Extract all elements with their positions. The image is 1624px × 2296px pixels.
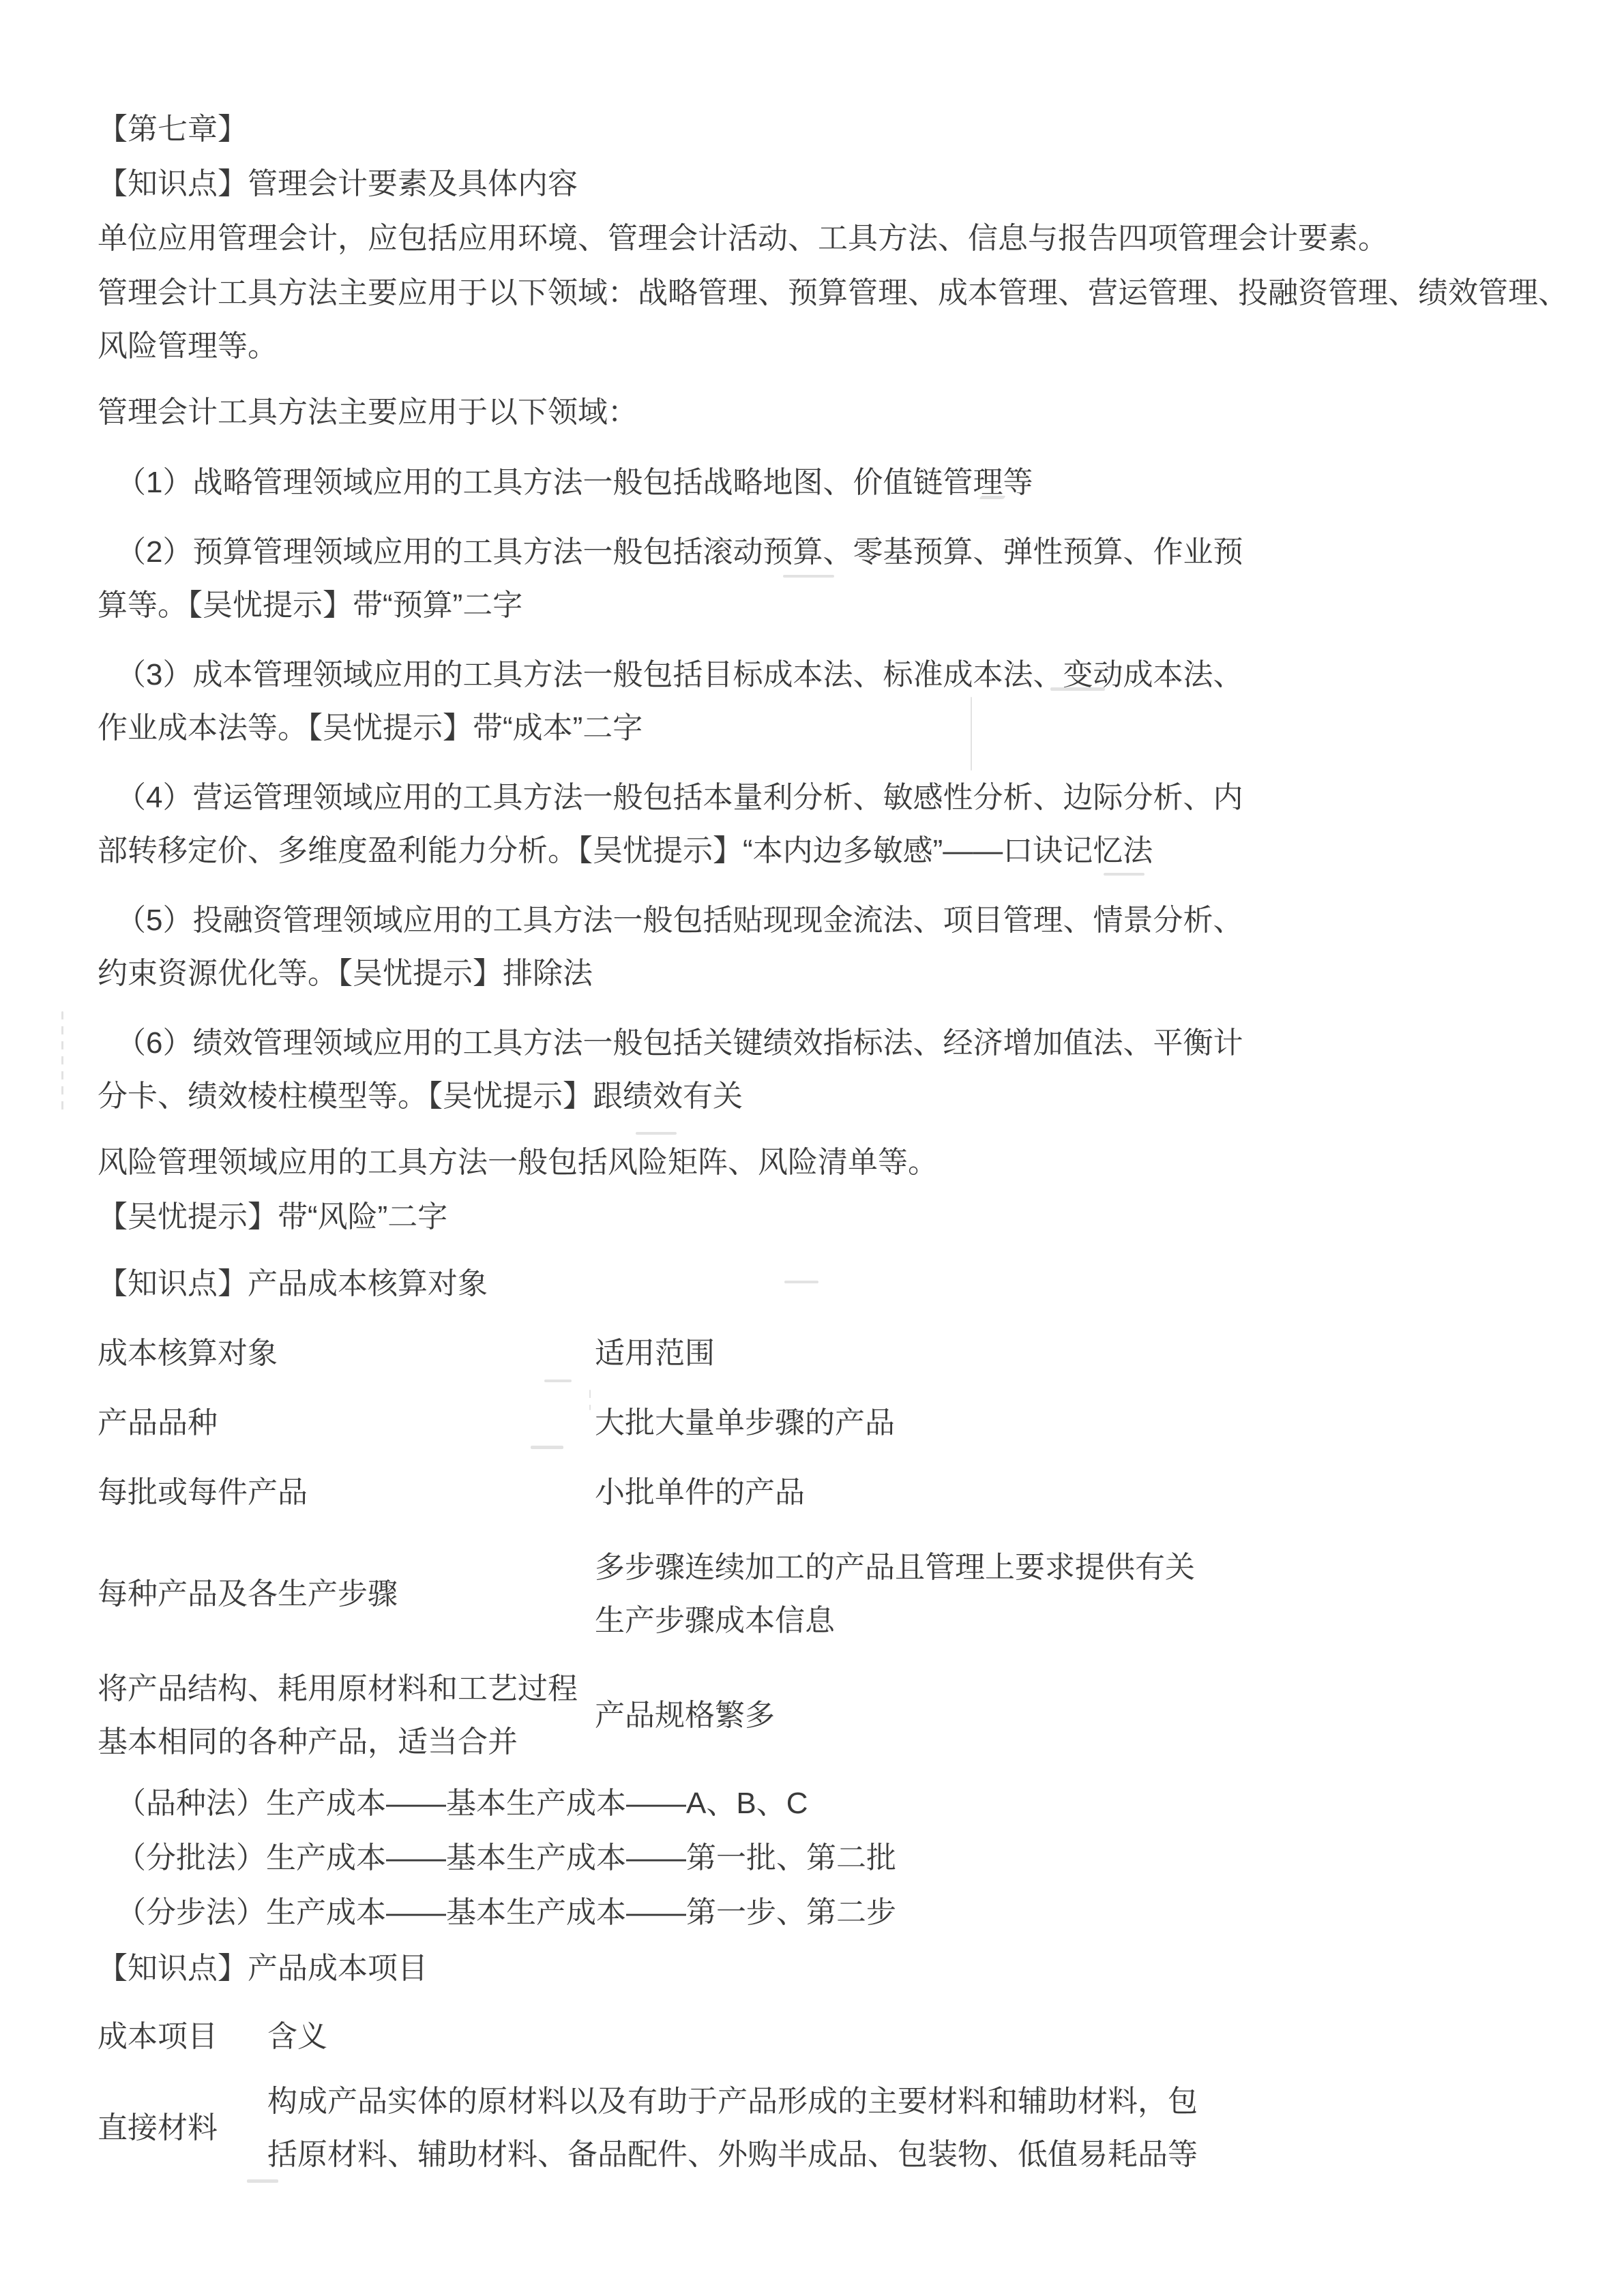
- cell-line: 将产品结构、耗用原材料和工艺过程: [98, 1663, 595, 1716]
- table-cell-right: 产品规格繁多: [595, 1689, 1561, 1742]
- cell-line: 每种产品及各生产步骤: [98, 1568, 595, 1621]
- item-line: 约束资源优化等。【吴忧提示】排除法: [98, 947, 1561, 1000]
- numbered-item-5: （5）投融资管理领域应用的工具方法一般包括贴现现金流法、项目管理、情景分析、 约…: [98, 894, 1561, 1000]
- cost-object-table: 成本核算对象 适用范围 产品品种 大批大量单步骤的产品 每批或每件产品 小批单件…: [98, 1327, 1561, 1769]
- cell-line: 直接材料: [98, 2102, 267, 2155]
- item-line: （5）投融资管理领域应用的工具方法一般包括贴现现金流法、项目管理、情景分析、: [98, 894, 1561, 947]
- paragraph-elements: 单位应用管理会计，应包括应用环境、管理会计活动、工具方法、信息与报告四项管理会计…: [98, 212, 1561, 265]
- table-cell-left: 产品品种: [98, 1397, 595, 1450]
- numbered-item-4: （4）营运管理领域应用的工具方法一般包括本量利分析、敏感性分析、边际分析、内 部…: [98, 771, 1561, 878]
- table-row: 每批或每件产品 小批单件的产品: [98, 1466, 1561, 1519]
- table-header-row: 成本核算对象 适用范围: [98, 1327, 1561, 1380]
- document-body: 【第七章】 【知识点】管理会计要素及具体内容 单位应用管理会计，应包括应用环境、…: [98, 103, 1561, 2181]
- table-row: 将产品结构、耗用原材料和工艺过程 基本相同的各种产品，适当合并 产品规格繁多: [98, 1663, 1561, 1769]
- cell-line: 多步骤连续加工的产品且管理上要求提供有关: [595, 1541, 1561, 1594]
- knowledge-point-heading-elements: 【知识点】管理会计要素及具体内容: [98, 158, 1561, 211]
- chapter-heading: 【第七章】: [98, 103, 1561, 156]
- numbered-item-3: （3）成本管理领域应用的工具方法一般包括目标成本法、标准成本法、变动成本法、 作…: [98, 648, 1561, 755]
- cell-line: 括原材料、辅助材料、备品配件、外购半成品、包装物、低值易耗品等: [267, 2128, 1561, 2181]
- numbered-item-6: （6）绩效管理领域应用的工具方法一般包括关键绩效指标法、经济增加值法、平衡计 分…: [98, 1017, 1561, 1123]
- table-cell-left: 每批或每件产品: [98, 1466, 595, 1519]
- knowledge-point-heading-cost-item: 【知识点】产品成本项目: [98, 1942, 1561, 1995]
- method-line-batch: （分批法）生产成本——基本生产成本——第一批、第二批: [98, 1832, 1561, 1885]
- item-line: （6）绩效管理领域应用的工具方法一般包括关键绩效指标法、经济增加值法、平衡计: [98, 1017, 1561, 1070]
- table-header-cell: 适用范围: [595, 1327, 1561, 1380]
- table-row: 每种产品及各生产步骤 多步骤连续加工的产品且管理上要求提供有关 生产步骤成本信息: [98, 1541, 1561, 1648]
- item-line: （4）营运管理领域应用的工具方法一般包括本量利分析、敏感性分析、边际分析、内: [98, 771, 1561, 824]
- wuyou-tip-risk: 【吴忧提示】带“风险”二字: [98, 1191, 1561, 1244]
- table-cell-left: 直接材料: [98, 2102, 267, 2155]
- table-cell-left: 将产品结构、耗用原材料和工艺过程 基本相同的各种产品，适当合并: [98, 1663, 595, 1769]
- item-line: 作业成本法等。【吴忧提示】带“成本”二字: [98, 702, 1561, 755]
- paragraph-tool-areas: 管理会计工具方法主要应用于以下领域：战略管理、预算管理、成本管理、营运管理、投融…: [98, 267, 1561, 373]
- paragraph-line: 风险管理等。: [98, 320, 1561, 373]
- table-cell-left: 每种产品及各生产步骤: [98, 1568, 595, 1621]
- method-line-step: （分步法）生产成本——基本生产成本——第一步、第二步: [98, 1886, 1561, 1939]
- item-line: 部转移定价、多维度盈利能力分析。【吴忧提示】“本内边多敏感”——口诀记忆法: [98, 824, 1561, 878]
- table-header-cell: 含义: [267, 2010, 1561, 2063]
- knowledge-point-heading-cost-object: 【知识点】产品成本核算对象: [98, 1257, 1561, 1311]
- table-cell-right: 构成产品实体的原材料以及有助于产品形成的主要材料和辅助材料，包 括原材料、辅助材…: [267, 2075, 1561, 2181]
- document-page: { "colors": { "text": "#3a3a3a", "backgr…: [0, 0, 1624, 2296]
- risk-management-paragraph: 风险管理领域应用的工具方法一般包括风险矩阵、风险清单等。: [98, 1136, 1561, 1189]
- table-cell-right: 多步骤连续加工的产品且管理上要求提供有关 生产步骤成本信息: [595, 1541, 1561, 1648]
- method-line-variety: （品种法）生产成本——基本生产成本——A、B、C: [98, 1777, 1561, 1830]
- cell-line: 构成产品实体的原材料以及有助于产品形成的主要材料和辅助材料，包: [267, 2075, 1561, 2128]
- cell-line: 产品规格繁多: [595, 1689, 1561, 1742]
- item-line: （3）成本管理领域应用的工具方法一般包括目标成本法、标准成本法、变动成本法、: [98, 648, 1561, 702]
- item-line: （2）预算管理领域应用的工具方法一般包括滚动预算、零基预算、弹性预算、作业预: [98, 526, 1561, 579]
- cell-line: 大批大量单步骤的产品: [595, 1397, 1561, 1450]
- table-cell-right: 大批大量单步骤的产品: [595, 1397, 1561, 1450]
- item-line: （1）战略管理领域应用的工具方法一般包括战略地图、价值链管理等: [98, 456, 1561, 509]
- table-row: 产品品种 大批大量单步骤的产品: [98, 1397, 1561, 1450]
- cost-item-table: 成本项目 含义 直接材料 构成产品实体的原材料以及有助于产品形成的主要材料和辅助…: [98, 2010, 1561, 2181]
- item-line: 算等。【吴忧提示】带“预算”二字: [98, 579, 1561, 632]
- table-header-cell: 成本项目: [98, 2010, 267, 2063]
- table-header-row: 成本项目 含义: [98, 2010, 1561, 2063]
- cell-line: 小批单件的产品: [595, 1466, 1561, 1519]
- numbered-item-2: （2）预算管理领域应用的工具方法一般包括滚动预算、零基预算、弹性预算、作业预 算…: [98, 526, 1561, 632]
- table-row: 直接材料 构成产品实体的原材料以及有助于产品形成的主要材料和辅助材料，包 括原材…: [98, 2075, 1561, 2181]
- cell-line: 产品品种: [98, 1397, 595, 1450]
- table-cell-right: 小批单件的产品: [595, 1466, 1561, 1519]
- item-line: 分卡、绩效棱柱模型等。【吴忧提示】跟绩效有关: [98, 1070, 1561, 1123]
- paragraph-tool-areas-intro: 管理会计工具方法主要应用于以下领域：: [98, 386, 1561, 439]
- cell-line: 每批或每件产品: [98, 1466, 595, 1519]
- numbered-item-1: （1）战略管理领域应用的工具方法一般包括战略地图、价值链管理等: [98, 456, 1561, 509]
- cell-line: 基本相同的各种产品，适当合并: [98, 1716, 595, 1769]
- cell-line: 生产步骤成本信息: [595, 1594, 1561, 1648]
- watermark-artifact: [61, 1011, 63, 1114]
- table-header-cell: 成本核算对象: [98, 1327, 595, 1380]
- paragraph-line: 管理会计工具方法主要应用于以下领域：战略管理、预算管理、成本管理、营运管理、投融…: [98, 267, 1561, 320]
